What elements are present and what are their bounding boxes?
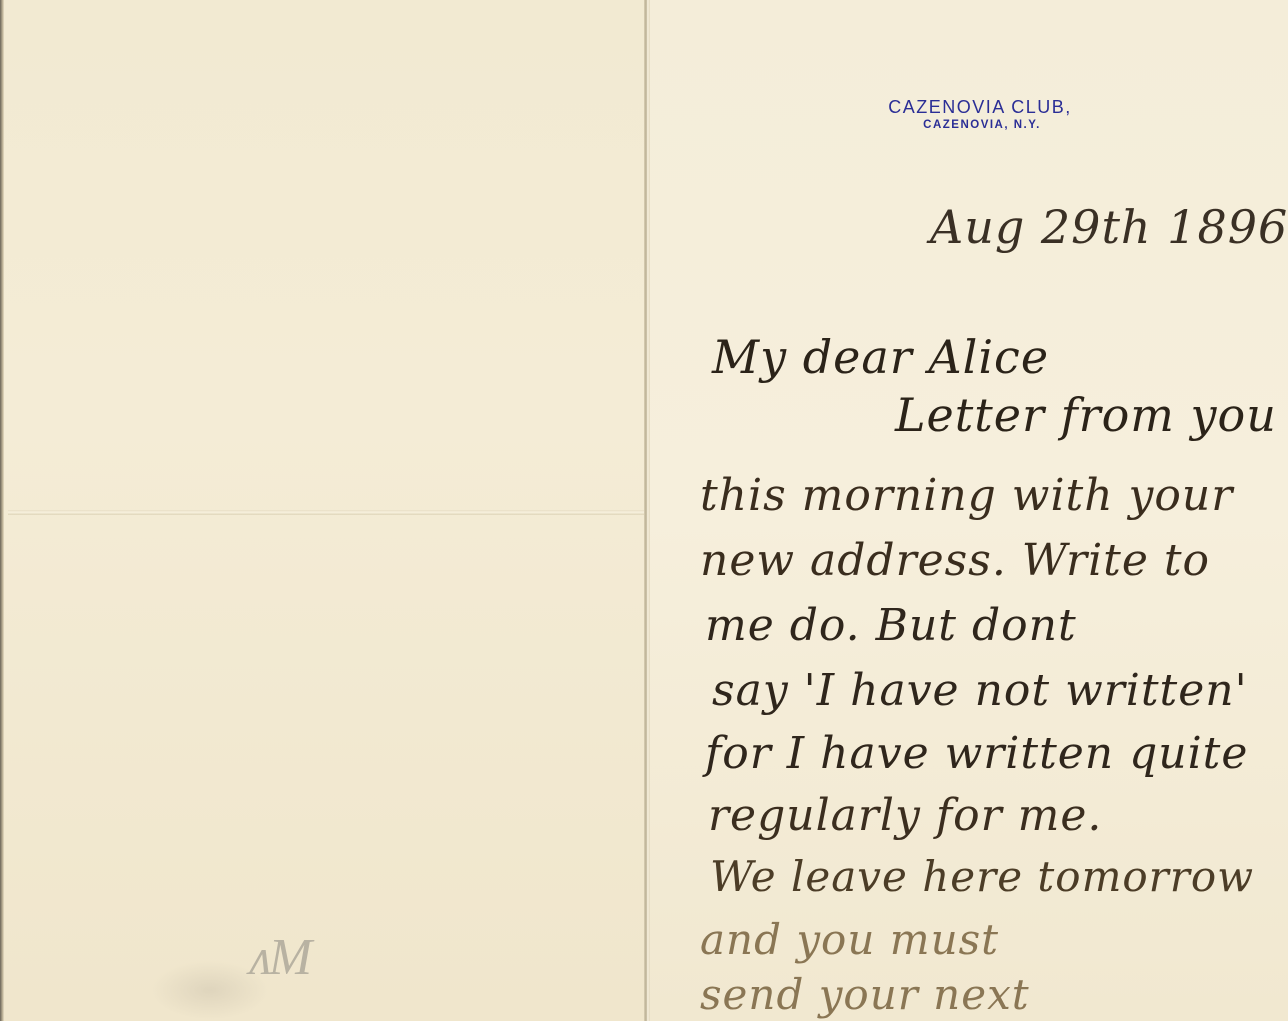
letter-line: say 'I have not written': [712, 665, 1248, 716]
horizontal-fold-crease: [8, 510, 648, 515]
letter-line: regularly for me.: [708, 790, 1102, 841]
letter-line: and you must: [700, 915, 999, 964]
letter-line: We leave here tomorrow: [710, 852, 1254, 901]
letter-line: me do. But dont: [705, 600, 1077, 651]
letter-line: this morning with your: [700, 470, 1233, 521]
letter-line: for I have written quite: [705, 728, 1248, 779]
letterhead-club-name: CAZENOVIA CLUB,: [870, 96, 1090, 118]
letter-scan: ᴧM CAZENOVIA CLUB, CAZENOVIA, N.Y. Aug 2…: [0, 0, 1288, 1021]
pencil-annotation: ᴧM: [250, 928, 310, 987]
letterhead-location: CAZENOVIA, N.Y.: [874, 118, 1090, 132]
letterhead: CAZENOVIA CLUB, CAZENOVIA, N.Y.: [870, 96, 1090, 132]
salutation: My dear Alice: [712, 330, 1049, 384]
letter-line: new address. Write to: [700, 535, 1210, 586]
letter-line: Letter from you: [895, 388, 1277, 442]
left-page: [4, 0, 644, 1021]
letter-date: Aug 29th 1896: [930, 200, 1288, 254]
letter-line: send your next: [700, 970, 1030, 1019]
